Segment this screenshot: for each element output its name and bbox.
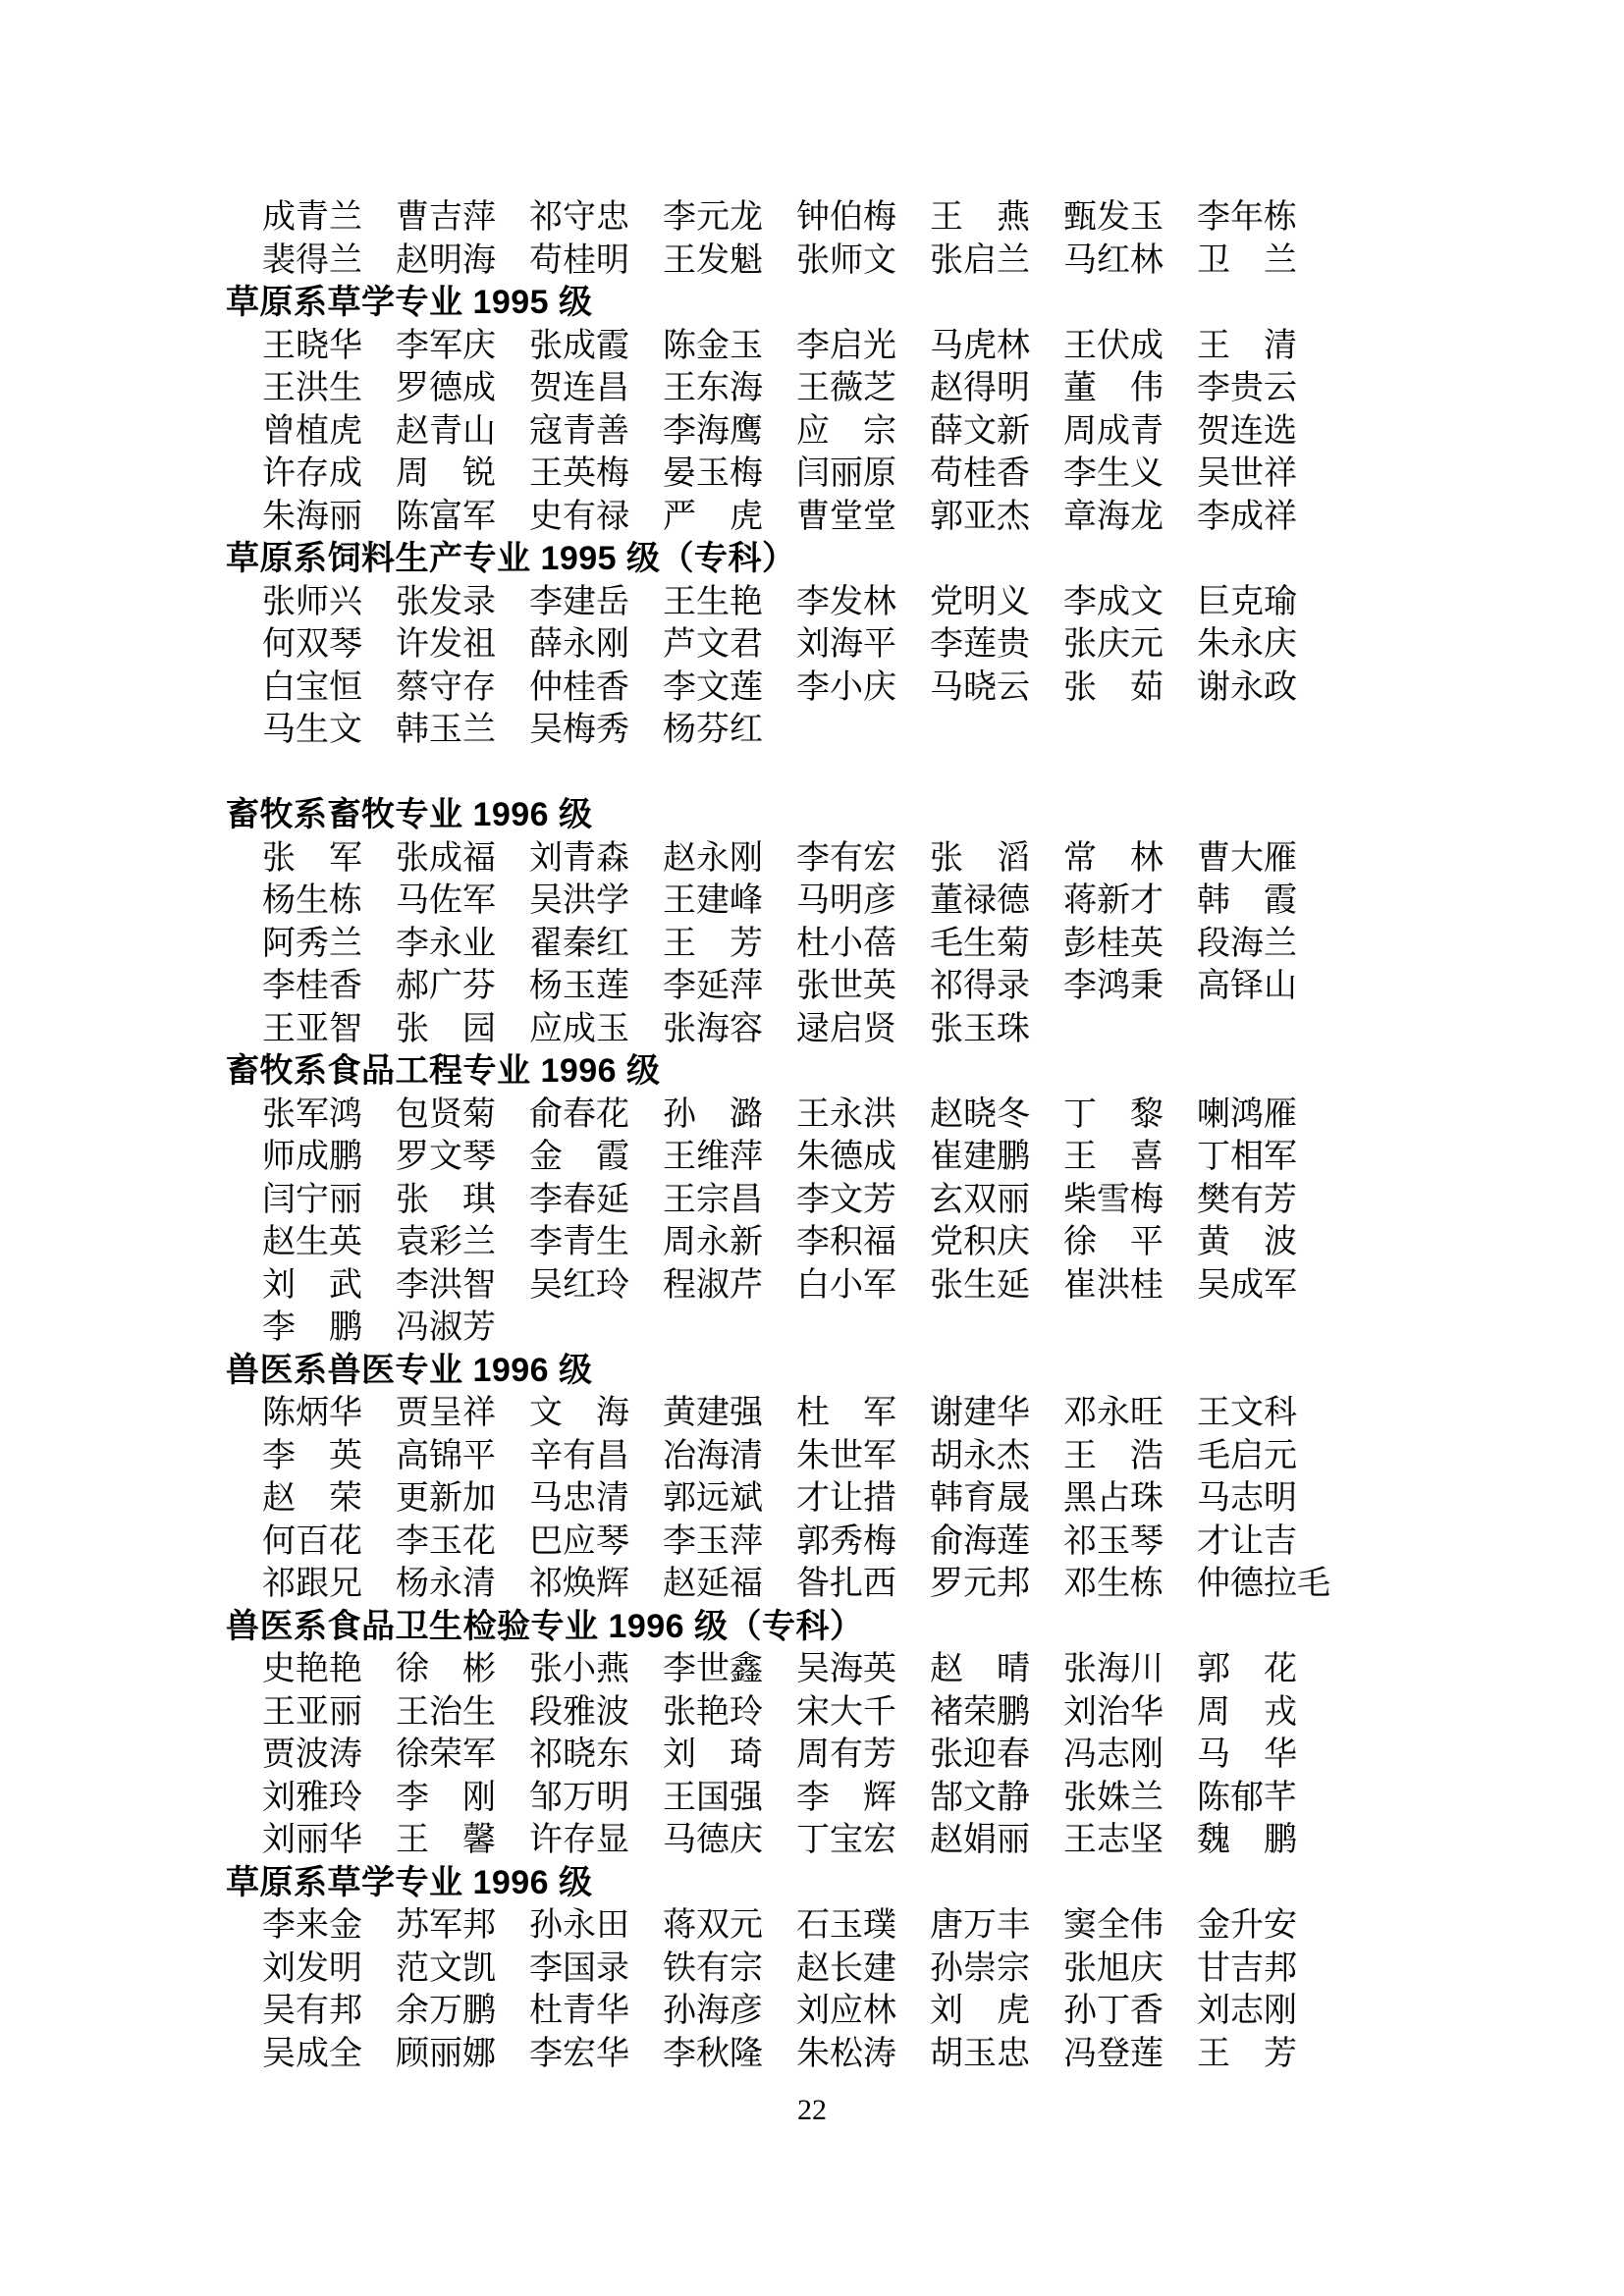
name-row: 李 英高锦平辛有昌冶海清朱世军胡永杰王 浩毛启元 (226, 1435, 1506, 1478)
student-name: 仲德拉毛 (1197, 1563, 1330, 1606)
student-name: 马 华 (1197, 1734, 1297, 1777)
student-name: 徐 彬 (396, 1648, 529, 1691)
student-name: 史有禄 (529, 496, 663, 539)
student-name: 辛有昌 (529, 1435, 663, 1478)
student-name: 白小军 (796, 1264, 930, 1308)
student-name: 史艳艳 (262, 1648, 396, 1691)
name-row: 刘雅玲李 刚邹万明王国强李 辉郜文静张姝兰陈郁芊 (226, 1777, 1506, 1820)
student-name: 李 刚 (396, 1777, 529, 1820)
name-row: 李来金苏军邦孙永田蒋双元石玉璞唐万丰窦全伟金升安 (226, 1904, 1506, 1948)
name-row: 闫宁丽张 琪李春延王宗昌李文芳玄双丽柴雪梅樊有芳 (226, 1179, 1506, 1222)
student-name: 张成福 (396, 837, 529, 881)
student-name: 李文莲 (663, 667, 796, 710)
student-name: 玄双丽 (930, 1179, 1063, 1222)
student-name: 董禄德 (930, 880, 1063, 923)
student-name: 马晓云 (930, 667, 1063, 710)
student-name: 王薇芝 (796, 367, 930, 410)
student-name: 仲桂香 (529, 667, 663, 710)
student-name: 赵得明 (930, 367, 1063, 410)
student-name: 余万鹏 (396, 1990, 529, 2033)
student-name: 黑占珠 (1063, 1477, 1197, 1521)
student-name: 李贵云 (1197, 367, 1297, 410)
student-name: 李军庆 (396, 325, 529, 368)
student-name: 党明义 (930, 581, 1063, 624)
student-name: 吴梅秀 (529, 709, 663, 752)
student-name: 李年栋 (1197, 196, 1297, 240)
name-row: 成青兰曹吉萍祁守忠李元龙钟伯梅王 燕甄发玉李年栋 (226, 196, 1506, 240)
student-name: 陈郁芊 (1197, 1777, 1297, 1820)
student-name: 苟桂香 (930, 453, 1063, 496)
student-name: 崔建鹏 (930, 1136, 1063, 1179)
student-name: 贾波涛 (262, 1734, 396, 1777)
student-name: 丁相军 (1197, 1136, 1297, 1179)
student-name: 李元龙 (663, 196, 796, 240)
student-name: 张师文 (796, 240, 930, 283)
blank-line (226, 752, 1506, 795)
student-name: 李发林 (796, 581, 930, 624)
student-name: 李海鹰 (663, 410, 796, 454)
name-row: 王晓华李军庆张成霞陈金玉李启光马虎林王伏成王 清 (226, 325, 1506, 368)
student-name: 祁守忠 (529, 196, 663, 240)
student-name: 罗文琴 (396, 1136, 529, 1179)
student-name: 王亚智 (262, 1008, 396, 1051)
document-body: 成青兰曹吉萍祁守忠李元龙钟伯梅王 燕甄发玉李年栋裴得兰赵明海苟桂明王发魁张师文张… (226, 196, 1506, 2075)
student-name: 丁宝宏 (796, 1819, 930, 1862)
student-name: 赵延福 (663, 1563, 796, 1606)
student-name: 王志坚 (1063, 1819, 1197, 1862)
student-name: 魏 鹏 (1197, 1819, 1297, 1862)
student-name: 吴洪学 (529, 880, 663, 923)
student-name: 郭 花 (1197, 1648, 1297, 1691)
name-row: 朱海丽陈富军史有禄严 虎曹堂堂郭亚杰章海龙李成祥 (226, 496, 1506, 539)
student-name: 彭桂英 (1063, 923, 1197, 966)
name-row: 裴得兰赵明海苟桂明王发魁张师文张启兰马红林卫 兰 (226, 240, 1506, 283)
student-name: 张 园 (396, 1008, 529, 1051)
student-name: 韩育晟 (930, 1477, 1063, 1521)
student-name: 刘 琦 (663, 1734, 796, 1777)
student-name: 马明彦 (796, 880, 930, 923)
student-name: 赵 晴 (930, 1648, 1063, 1691)
student-name: 谢永政 (1197, 667, 1297, 710)
student-name: 周有芳 (796, 1734, 930, 1777)
student-name: 李国录 (529, 1948, 663, 1991)
student-name: 孙海彦 (663, 1990, 796, 2033)
student-name: 许存成 (262, 453, 396, 496)
student-name: 黄建强 (663, 1392, 796, 1435)
student-name: 金升安 (1197, 1904, 1297, 1948)
student-name: 苏军邦 (396, 1904, 529, 1948)
student-name: 巴应琴 (529, 1521, 663, 1564)
student-name: 冶海清 (663, 1435, 796, 1478)
student-name: 毛启元 (1197, 1435, 1297, 1478)
student-name: 张玉珠 (930, 1008, 1030, 1051)
student-name: 祁跟兄 (262, 1563, 396, 1606)
student-name: 曹吉萍 (396, 196, 529, 240)
name-row: 白宝恒蔡守存仲桂香李文莲李小庆马晓云张 茹谢永政 (226, 667, 1506, 710)
student-name: 杨玉莲 (529, 965, 663, 1008)
student-name: 刘 虎 (930, 1990, 1063, 2033)
student-name: 包贤菊 (396, 1094, 529, 1137)
student-name: 马忠清 (529, 1477, 663, 1521)
student-name: 更新加 (396, 1477, 529, 1521)
student-name: 张发录 (396, 581, 529, 624)
student-name: 祁得录 (930, 965, 1063, 1008)
student-name: 李建岳 (529, 581, 663, 624)
student-name: 铁有宗 (663, 1948, 796, 1991)
student-name: 才让措 (796, 1477, 930, 1521)
student-name: 刘应林 (796, 1990, 930, 2033)
student-name: 杜 军 (796, 1392, 930, 1435)
student-name: 薛永刚 (529, 623, 663, 667)
student-name: 赵明海 (396, 240, 529, 283)
student-name: 袁彩兰 (396, 1221, 529, 1264)
student-name: 蔡守存 (396, 667, 529, 710)
student-name: 甄发玉 (1063, 196, 1197, 240)
student-name: 冯淑芳 (396, 1307, 496, 1350)
student-name: 赵长建 (796, 1948, 930, 1991)
student-name: 章海龙 (1063, 496, 1197, 539)
student-name: 吴有邦 (262, 1990, 396, 2033)
student-name: 才让吉 (1197, 1521, 1297, 1564)
name-row: 张军鸿包贤菊俞春花孙 潞王永洪赵晓冬丁 黎喇鸿雁 (226, 1094, 1506, 1137)
student-name: 王宗昌 (663, 1179, 796, 1222)
student-name: 罗德成 (396, 367, 529, 410)
name-row: 赵 荣更新加马忠清郭远斌才让措韩育晟黑占珠马志明 (226, 1477, 1506, 1521)
student-name: 赵生英 (262, 1221, 396, 1264)
student-name: 祁玉琴 (1063, 1521, 1197, 1564)
student-name: 刘雅玲 (262, 1777, 396, 1820)
student-name: 张 滔 (930, 837, 1063, 881)
student-name: 李世鑫 (663, 1648, 796, 1691)
name-row: 张师兴张发录李建岳王生艳李发林党明义李成文巨克瑜 (226, 581, 1506, 624)
student-name: 李来金 (262, 1904, 396, 1948)
student-name: 王维萍 (663, 1136, 796, 1179)
student-name: 王文科 (1197, 1392, 1297, 1435)
student-name: 贺连昌 (529, 367, 663, 410)
student-name: 蒋双元 (663, 1904, 796, 1948)
student-name: 应 宗 (796, 410, 930, 454)
student-name: 陈金玉 (663, 325, 796, 368)
student-name: 王伏成 (1063, 325, 1197, 368)
student-name: 段雅波 (529, 1691, 663, 1735)
student-name: 朱海丽 (262, 496, 396, 539)
student-name: 郭亚杰 (930, 496, 1063, 539)
section-header: 草原系饲料生产专业 1995 级（专科） (226, 538, 1506, 581)
student-name: 闫丽原 (796, 453, 930, 496)
student-name: 韩玉兰 (396, 709, 529, 752)
name-row: 祁跟兄杨永清祁焕辉赵延福昝扎西罗元邦邓生栋仲德拉毛 (226, 1563, 1506, 1606)
student-name: 李宏华 (529, 2033, 663, 2076)
student-name: 王 燕 (930, 196, 1063, 240)
student-name: 李启光 (796, 325, 930, 368)
student-name: 贺连选 (1197, 410, 1297, 454)
page-footer: 22 (0, 2093, 1624, 2128)
student-name: 张庆元 (1063, 623, 1197, 667)
name-row: 杨生栋马佐军吴洪学王建峰马明彦董禄德蒋新才韩 霞 (226, 880, 1506, 923)
name-row: 刘发明范文凯李国录铁有宗赵长建孙崇宗张旭庆甘吉邦 (226, 1948, 1506, 1991)
student-name: 晏玉梅 (663, 453, 796, 496)
student-name: 孙 潞 (663, 1094, 796, 1137)
student-name: 马虎林 (930, 325, 1063, 368)
student-name: 白宝恒 (262, 667, 396, 710)
student-name: 李 鹏 (262, 1307, 396, 1350)
name-row: 史艳艳徐 彬张小燕李世鑫吴海英赵 晴张海川郭 花 (226, 1648, 1506, 1691)
student-name: 张 军 (262, 837, 396, 881)
student-name: 刘海平 (796, 623, 930, 667)
student-name: 李生义 (1063, 453, 1197, 496)
student-name: 王亚丽 (262, 1691, 396, 1735)
student-name: 逯启贤 (796, 1008, 930, 1051)
name-row: 王亚丽王治生段雅波张艳玲宋大千褚荣鹏刘治华周 戎 (226, 1691, 1506, 1735)
student-name: 李鸿秉 (1063, 965, 1197, 1008)
student-name: 郜文静 (930, 1777, 1063, 1820)
student-name: 黄 波 (1197, 1221, 1297, 1264)
student-name: 崔洪桂 (1063, 1264, 1197, 1308)
document-page: 成青兰曹吉萍祁守忠李元龙钟伯梅王 燕甄发玉李年栋裴得兰赵明海苟桂明王发魁张师文张… (0, 0, 1624, 2296)
name-row: 李 鹏冯淑芳 (226, 1307, 1506, 1350)
student-name: 张迎春 (930, 1734, 1063, 1777)
student-name: 张旭庆 (1063, 1948, 1197, 1991)
student-name: 文 海 (529, 1392, 663, 1435)
student-name: 窦全伟 (1063, 1904, 1197, 1948)
student-name: 王英梅 (529, 453, 663, 496)
student-name: 周 锐 (396, 453, 529, 496)
student-name: 曾植虎 (262, 410, 396, 454)
student-name: 朱世军 (796, 1435, 930, 1478)
student-name: 李桂香 (262, 965, 396, 1008)
student-name: 董 伟 (1063, 367, 1197, 410)
student-name: 李玉花 (396, 1521, 529, 1564)
student-name: 杨生栋 (262, 880, 396, 923)
student-name: 朱永庆 (1197, 623, 1297, 667)
student-name: 徐 平 (1063, 1221, 1197, 1264)
student-name: 李文芳 (796, 1179, 930, 1222)
student-name: 郭远斌 (663, 1477, 796, 1521)
name-row: 赵生英袁彩兰李青生周永新李积福党积庆徐 平黄 波 (226, 1221, 1506, 1264)
name-row: 陈炳华贾呈祥文 海黄建强杜 军谢建华邓永旺王文科 (226, 1392, 1506, 1435)
student-name: 王 芳 (1197, 2033, 1297, 2076)
student-name: 李 辉 (796, 1777, 930, 1820)
name-row: 吴成全顾丽娜李宏华李秋隆朱松涛胡玉忠冯登莲王 芳 (226, 2033, 1506, 2076)
student-name: 吴成军 (1197, 1264, 1297, 1308)
student-name: 刘志刚 (1197, 1990, 1297, 2033)
student-name: 张生延 (930, 1264, 1063, 1308)
student-name: 刘青森 (529, 837, 663, 881)
student-name: 王洪生 (262, 367, 396, 410)
student-name: 张军鸿 (262, 1094, 396, 1137)
student-name: 巨克瑜 (1197, 581, 1297, 624)
student-name: 薛文新 (930, 410, 1063, 454)
name-row: 师成鹏罗文琴金 霞王维萍朱德成崔建鹏王 喜丁相军 (226, 1136, 1506, 1179)
student-name: 常 林 (1063, 837, 1197, 881)
student-name: 李洪智 (396, 1264, 529, 1308)
student-name: 宋大千 (796, 1691, 930, 1735)
student-name: 胡玉忠 (930, 2033, 1063, 2076)
name-row: 张 军张成福刘青森赵永刚李有宏张 滔常 林曹大雁 (226, 837, 1506, 881)
student-name: 毛生菊 (930, 923, 1063, 966)
student-name: 钟伯梅 (796, 196, 930, 240)
student-name: 祁焕辉 (529, 1563, 663, 1606)
student-name: 刘治华 (1063, 1691, 1197, 1735)
student-name: 韩 霞 (1197, 880, 1297, 923)
student-name: 许发祖 (396, 623, 529, 667)
student-name: 俞春花 (529, 1094, 663, 1137)
section-header: 草原系草学专业 1995 级 (226, 282, 1506, 325)
student-name: 张小燕 (529, 1648, 663, 1691)
student-name: 马佐军 (396, 880, 529, 923)
student-name: 杜青华 (529, 1990, 663, 2033)
section-header: 畜牧系食品工程专业 1996 级 (226, 1050, 1506, 1094)
section-header: 畜牧系畜牧专业 1996 级 (226, 794, 1506, 837)
student-name: 陈富军 (396, 496, 529, 539)
student-name: 周永新 (663, 1221, 796, 1264)
student-name: 李延萍 (663, 965, 796, 1008)
name-row: 曾植虎赵青山寇青善李海鹰应 宗薛文新周成青贺连选 (226, 410, 1506, 454)
student-name: 杨永清 (396, 1563, 529, 1606)
student-name: 成青兰 (262, 196, 396, 240)
student-name: 李 英 (262, 1435, 396, 1478)
student-name: 刘发明 (262, 1948, 396, 1991)
student-name: 张海川 (1063, 1648, 1197, 1691)
student-name: 范文凯 (396, 1948, 529, 1991)
name-row: 吴有邦余万鹏杜青华孙海彦刘应林刘 虎孙丁香刘志刚 (226, 1990, 1506, 2033)
page-number: 22 (797, 2094, 827, 2126)
student-name: 朱德成 (796, 1136, 930, 1179)
student-name: 王永洪 (796, 1094, 930, 1137)
student-name: 段海兰 (1197, 923, 1297, 966)
section-header: 兽医系食品卫生检验专业 1996 级（专科） (226, 1606, 1506, 1649)
student-name: 王 喜 (1063, 1136, 1197, 1179)
student-name: 李玉萍 (663, 1521, 796, 1564)
student-name: 程淑芹 (663, 1264, 796, 1308)
student-name: 冯登莲 (1063, 2033, 1197, 2076)
student-name: 寇青善 (529, 410, 663, 454)
name-row: 李桂香郝广芬杨玉莲李延萍张世英祁得录李鸿秉高铎山 (226, 965, 1506, 1008)
student-name: 苟桂明 (529, 240, 663, 283)
student-name: 王晓华 (262, 325, 396, 368)
student-name: 罗元邦 (930, 1563, 1063, 1606)
student-name: 芦文君 (663, 623, 796, 667)
student-name: 师成鹏 (262, 1136, 396, 1179)
student-name: 王东海 (663, 367, 796, 410)
student-name: 马志明 (1197, 1477, 1297, 1521)
student-name: 王 浩 (1063, 1435, 1197, 1478)
student-name: 周 戎 (1197, 1691, 1297, 1735)
student-name: 顾丽娜 (396, 2033, 529, 2076)
student-name: 邓永旺 (1063, 1392, 1197, 1435)
student-name: 石玉璞 (796, 1904, 930, 1948)
student-name: 何百花 (262, 1521, 396, 1564)
student-name: 徐荣军 (396, 1734, 529, 1777)
student-name: 朱松涛 (796, 2033, 930, 2076)
student-name: 张成霞 (529, 325, 663, 368)
student-name: 马生文 (262, 709, 396, 752)
student-name: 王 馨 (396, 1819, 529, 1862)
student-name: 贾呈祥 (396, 1392, 529, 1435)
student-name: 李春延 (529, 1179, 663, 1222)
student-name: 裴得兰 (262, 240, 396, 283)
student-name: 曹堂堂 (796, 496, 930, 539)
name-row: 刘 武李洪智吴红玲程淑芹白小军张生延崔洪桂吴成军 (226, 1264, 1506, 1308)
name-row: 王洪生罗德成贺连昌王东海王薇芝赵得明董 伟李贵云 (226, 367, 1506, 410)
student-name: 昝扎西 (796, 1563, 930, 1606)
student-name: 谢建华 (930, 1392, 1063, 1435)
student-name: 赵青山 (396, 410, 529, 454)
student-name: 张 茹 (1063, 667, 1197, 710)
name-row: 刘丽华王 馨许存显马德庆丁宝宏赵娟丽王志坚魏 鹏 (226, 1819, 1506, 1862)
student-name: 曹大雁 (1197, 837, 1297, 881)
student-name: 王生艳 (663, 581, 796, 624)
student-name: 李小庆 (796, 667, 930, 710)
student-name: 张艳玲 (663, 1691, 796, 1735)
student-name: 褚荣鹏 (930, 1691, 1063, 1735)
student-name: 王治生 (396, 1691, 529, 1735)
student-name: 刘丽华 (262, 1819, 396, 1862)
student-name: 李青生 (529, 1221, 663, 1264)
student-name: 赵永刚 (663, 837, 796, 881)
student-name: 王 清 (1197, 325, 1297, 368)
student-name: 许存显 (529, 1819, 663, 1862)
student-name: 高铎山 (1197, 965, 1297, 1008)
student-name: 王建峰 (663, 880, 796, 923)
student-name: 严 虎 (663, 496, 796, 539)
student-name: 喇鸿雁 (1197, 1094, 1297, 1137)
student-name: 唐万丰 (930, 1904, 1063, 1948)
student-name: 吴红玲 (529, 1264, 663, 1308)
student-name: 何双琴 (262, 623, 396, 667)
student-name: 樊有芳 (1197, 1179, 1297, 1222)
student-name: 吴海英 (796, 1648, 930, 1691)
student-name: 丁 黎 (1063, 1094, 1197, 1137)
student-name: 俞海莲 (930, 1521, 1063, 1564)
student-name: 马红林 (1063, 240, 1197, 283)
student-name: 杜小蓓 (796, 923, 930, 966)
section-header: 兽医系兽医专业 1996 级 (226, 1350, 1506, 1393)
student-name: 张海容 (663, 1008, 796, 1051)
student-name: 周成青 (1063, 410, 1197, 454)
student-name: 杨芬红 (663, 709, 763, 752)
student-name: 高锦平 (396, 1435, 529, 1478)
name-row: 阿秀兰李永业翟秦红王 芳杜小蓓毛生菊彭桂英段海兰 (226, 923, 1506, 966)
student-name: 邹万明 (529, 1777, 663, 1820)
student-name: 邓生栋 (1063, 1563, 1197, 1606)
student-name: 蒋新才 (1063, 880, 1197, 923)
student-name: 翟秦红 (529, 923, 663, 966)
student-name: 吴成全 (262, 2033, 396, 2076)
student-name: 刘 武 (262, 1264, 396, 1308)
student-name: 张姝兰 (1063, 1777, 1197, 1820)
student-name: 李秋隆 (663, 2033, 796, 2076)
student-name: 王国强 (663, 1777, 796, 1820)
student-name: 金 霞 (529, 1136, 663, 1179)
student-name: 马德庆 (663, 1819, 796, 1862)
name-row: 马生文韩玉兰吴梅秀杨芬红 (226, 709, 1506, 752)
name-row: 何双琴许发祖薛永刚芦文君刘海平李莲贵张庆元朱永庆 (226, 623, 1506, 667)
student-name: 赵 荣 (262, 1477, 396, 1521)
student-name: 李积福 (796, 1221, 930, 1264)
name-row: 贾波涛徐荣军祁晓东刘 琦周有芳张迎春冯志刚马 华 (226, 1734, 1506, 1777)
student-name: 李有宏 (796, 837, 930, 881)
student-name: 李成祥 (1197, 496, 1297, 539)
section-header: 草原系草学专业 1996 级 (226, 1862, 1506, 1905)
student-name: 李永业 (396, 923, 529, 966)
student-name: 吴世祥 (1197, 453, 1297, 496)
student-name: 祁晓东 (529, 1734, 663, 1777)
name-row: 王亚智张 园应成玉张海容逯启贤张玉珠 (226, 1008, 1506, 1051)
student-name: 陈炳华 (262, 1392, 396, 1435)
student-name: 卫 兰 (1197, 240, 1297, 283)
student-name: 冯志刚 (1063, 1734, 1197, 1777)
